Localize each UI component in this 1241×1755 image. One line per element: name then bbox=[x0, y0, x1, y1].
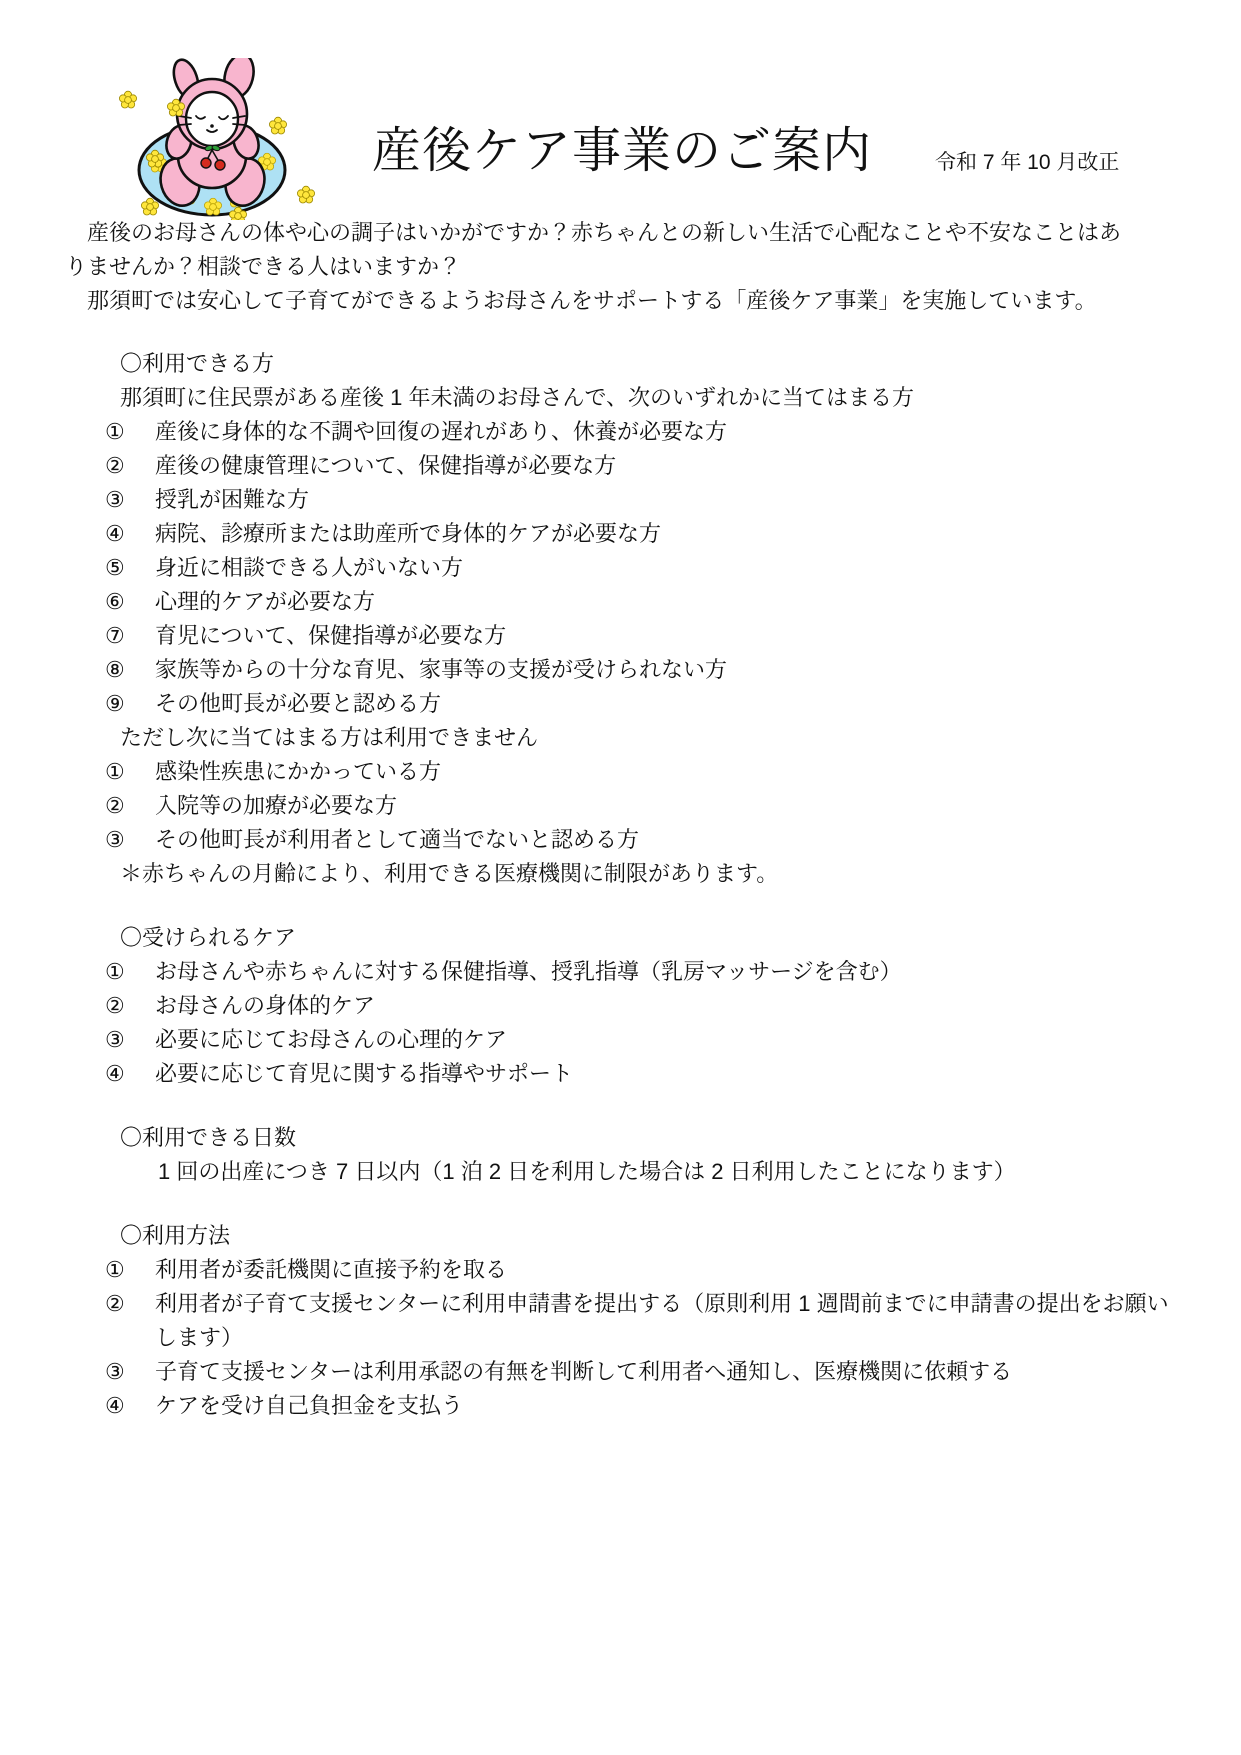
list-item-text: 育児について、保健指導が必要な方 bbox=[155, 619, 1169, 653]
list-item-text: 入院等の加療が必要な方 bbox=[155, 789, 1169, 823]
section-heading-eligibility: 〇利用できる方 bbox=[120, 347, 1169, 381]
section-heading-method: 〇利用方法 bbox=[120, 1219, 1169, 1253]
list-item: ③ 授乳が困難な方 bbox=[105, 483, 1169, 517]
intro-paragraph-1: 産後のお母さんの体や心の調子はいかがですか？赤ちゃんとの新しい生活で心配なことや… bbox=[65, 216, 1137, 284]
list-item-text: 利用者が子育て支援センターに利用申請書を提出する（原則利用 1 週間前までに申請… bbox=[155, 1287, 1169, 1355]
section-heading-care: 〇受けられるケア bbox=[120, 921, 1169, 955]
circled-number: ③ bbox=[105, 483, 155, 517]
section-eligibility: 〇利用できる方 那須町に住民票がある産後 1 年未満のお母さんで、次のいずれかに… bbox=[0, 347, 1241, 891]
section-care: 〇受けられるケア ① お母さんや赤ちゃんに対する保健指導、授乳指導（乳房マッサー… bbox=[0, 921, 1241, 1091]
list-item: ⑦ 育児について、保健指導が必要な方 bbox=[105, 619, 1169, 653]
circled-number: ⑧ bbox=[105, 653, 155, 687]
list-item: ⑨ その他町長が必要と認める方 bbox=[105, 687, 1169, 721]
list-item: ⑥ 心理的ケアが必要な方 bbox=[105, 585, 1169, 619]
list-item-text: 心理的ケアが必要な方 bbox=[155, 585, 1169, 619]
list-item-text: 必要に応じてお母さんの心理的ケア bbox=[155, 1023, 1169, 1057]
list-item-text: 家族等からの十分な育児、家事等の支援が受けられない方 bbox=[155, 653, 1169, 687]
circled-number: ① bbox=[105, 415, 155, 449]
list-item: ② 産後の健康管理について、保健指導が必要な方 bbox=[105, 449, 1169, 483]
list-item-text: 利用者が委託機関に直接予約を取る bbox=[155, 1253, 1169, 1287]
list-item: ② 入院等の加療が必要な方 bbox=[105, 789, 1169, 823]
exclusion-lead: ただし次に当てはまる方は利用できません bbox=[120, 721, 1169, 755]
circled-number: ③ bbox=[105, 823, 155, 857]
circled-number: ⑥ bbox=[105, 585, 155, 619]
list-item-text: その他町長が利用者として適当でないと認める方 bbox=[155, 823, 1169, 857]
list-item-text: 感染性疾患にかかっている方 bbox=[155, 755, 1169, 789]
revision-date: 令和 7 年 10 月改正 bbox=[935, 146, 1119, 176]
section-method: 〇利用方法 ① 利用者が委託機関に直接予約を取る ② 利用者が子育て支援センター… bbox=[0, 1219, 1241, 1423]
list-item: ④ 必要に応じて育児に関する指導やサポート bbox=[105, 1057, 1169, 1091]
circled-number: ⑤ bbox=[105, 551, 155, 585]
page-title: 産後ケア事業のご案内 bbox=[372, 112, 872, 182]
method-list: ① 利用者が委託機関に直接予約を取る ② 利用者が子育て支援センターに利用申請書… bbox=[120, 1253, 1169, 1423]
age-restriction-note: ＊赤ちゃんの月齢により、利用できる医療機関に制限があります。 bbox=[120, 857, 1169, 891]
list-item: ⑧ 家族等からの十分な育児、家事等の支援が受けられない方 bbox=[105, 653, 1169, 687]
list-item: ⑤ 身近に相談できる人がいない方 bbox=[105, 551, 1169, 585]
circled-number: ③ bbox=[105, 1023, 155, 1057]
list-item: ③ 必要に応じてお母さんの心理的ケア bbox=[105, 1023, 1169, 1057]
list-item: ② お母さんの身体的ケア bbox=[105, 989, 1169, 1023]
section-days: 〇利用できる日数 1 回の出産につき 7 日以内（1 泊 2 日を利用した場合は… bbox=[0, 1121, 1241, 1189]
circled-number: ④ bbox=[105, 1389, 155, 1423]
circled-number: ⑨ bbox=[105, 687, 155, 721]
list-item: ④ ケアを受け自己負担金を支払う bbox=[105, 1389, 1169, 1423]
circled-number: ① bbox=[105, 755, 155, 789]
circled-number: ④ bbox=[105, 517, 155, 551]
eligibility-lead: 那須町に住民票がある産後 1 年未満のお母さんで、次のいずれかに当てはまる方 bbox=[120, 381, 1169, 415]
circled-number: ② bbox=[105, 449, 155, 483]
list-item: ④ 病院、診療所または助産所で身体的ケアが必要な方 bbox=[105, 517, 1169, 551]
circled-number: ② bbox=[105, 1287, 155, 1355]
list-item-text: 必要に応じて育児に関する指導やサポート bbox=[155, 1057, 1169, 1091]
list-item-text: ケアを受け自己負担金を支払う bbox=[155, 1389, 1169, 1423]
list-item: ① 利用者が委託機関に直接予約を取る bbox=[105, 1253, 1169, 1287]
list-item-text: 身近に相談できる人がいない方 bbox=[155, 551, 1169, 585]
list-item-text: 病院、診療所または助産所で身体的ケアが必要な方 bbox=[155, 517, 1169, 551]
circled-number: ④ bbox=[105, 1057, 155, 1091]
care-list: ① お母さんや赤ちゃんに対する保健指導、授乳指導（乳房マッサージを含む） ② お… bbox=[120, 955, 1169, 1091]
exclusion-list: ① 感染性疾患にかかっている方 ② 入院等の加療が必要な方 ③ その他町長が利用… bbox=[120, 755, 1169, 857]
intro-text: 産後のお母さんの体や心の調子はいかがですか？赤ちゃんとの新しい生活で心配なことや… bbox=[65, 216, 1137, 318]
baby-rabbit-illustration bbox=[110, 58, 322, 220]
list-item: ① お母さんや赤ちゃんに対する保健指導、授乳指導（乳房マッサージを含む） bbox=[105, 955, 1169, 989]
circled-number: ② bbox=[105, 789, 155, 823]
circled-number: ③ bbox=[105, 1355, 155, 1389]
list-item-text: 子育て支援センターは利用承認の有無を判断して利用者へ通知し、医療機関に依頼する bbox=[155, 1355, 1169, 1389]
list-item: ② 利用者が子育て支援センターに利用申請書を提出する（原則利用 1 週間前までに… bbox=[105, 1287, 1169, 1355]
list-item: ① 感染性疾患にかかっている方 bbox=[105, 755, 1169, 789]
list-item: ③ 子育て支援センターは利用承認の有無を判断して利用者へ通知し、医療機関に依頼す… bbox=[105, 1355, 1169, 1389]
list-item-text: 産後に身体的な不調や回復の遅れがあり、休養が必要な方 bbox=[155, 415, 1169, 449]
document-header: 産後ケア事業のご案内 令和 7 年 10 月改正 bbox=[0, 0, 1241, 208]
document-page: 産後ケア事業のご案内 令和 7 年 10 月改正 産後のお母さんの体や心の調子は… bbox=[0, 0, 1241, 1755]
list-item-text: その他町長が必要と認める方 bbox=[155, 687, 1169, 721]
list-item: ① 産後に身体的な不調や回復の遅れがあり、休養が必要な方 bbox=[105, 415, 1169, 449]
list-item-text: お母さんや赤ちゃんに対する保健指導、授乳指導（乳房マッサージを含む） bbox=[155, 955, 1169, 989]
intro-paragraph-2: 那須町では安心して子育てができるようお母さんをサポートする「産後ケア事業」を実施… bbox=[65, 284, 1137, 318]
circled-number: ② bbox=[105, 989, 155, 1023]
circled-number: ① bbox=[105, 955, 155, 989]
section-heading-days: 〇利用できる日数 bbox=[120, 1121, 1169, 1155]
eligibility-list: ① 産後に身体的な不調や回復の遅れがあり、休養が必要な方 ② 産後の健康管理につ… bbox=[120, 415, 1169, 721]
days-body: 1 回の出産につき 7 日以内（1 泊 2 日を利用した場合は 2 日利用したこ… bbox=[120, 1155, 1169, 1189]
circled-number: ① bbox=[105, 1253, 155, 1287]
list-item: ③ その他町長が利用者として適当でないと認める方 bbox=[105, 823, 1169, 857]
list-item-text: 授乳が困難な方 bbox=[155, 483, 1169, 517]
list-item-text: お母さんの身体的ケア bbox=[155, 989, 1169, 1023]
list-item-text: 産後の健康管理について、保健指導が必要な方 bbox=[155, 449, 1169, 483]
circled-number: ⑦ bbox=[105, 619, 155, 653]
